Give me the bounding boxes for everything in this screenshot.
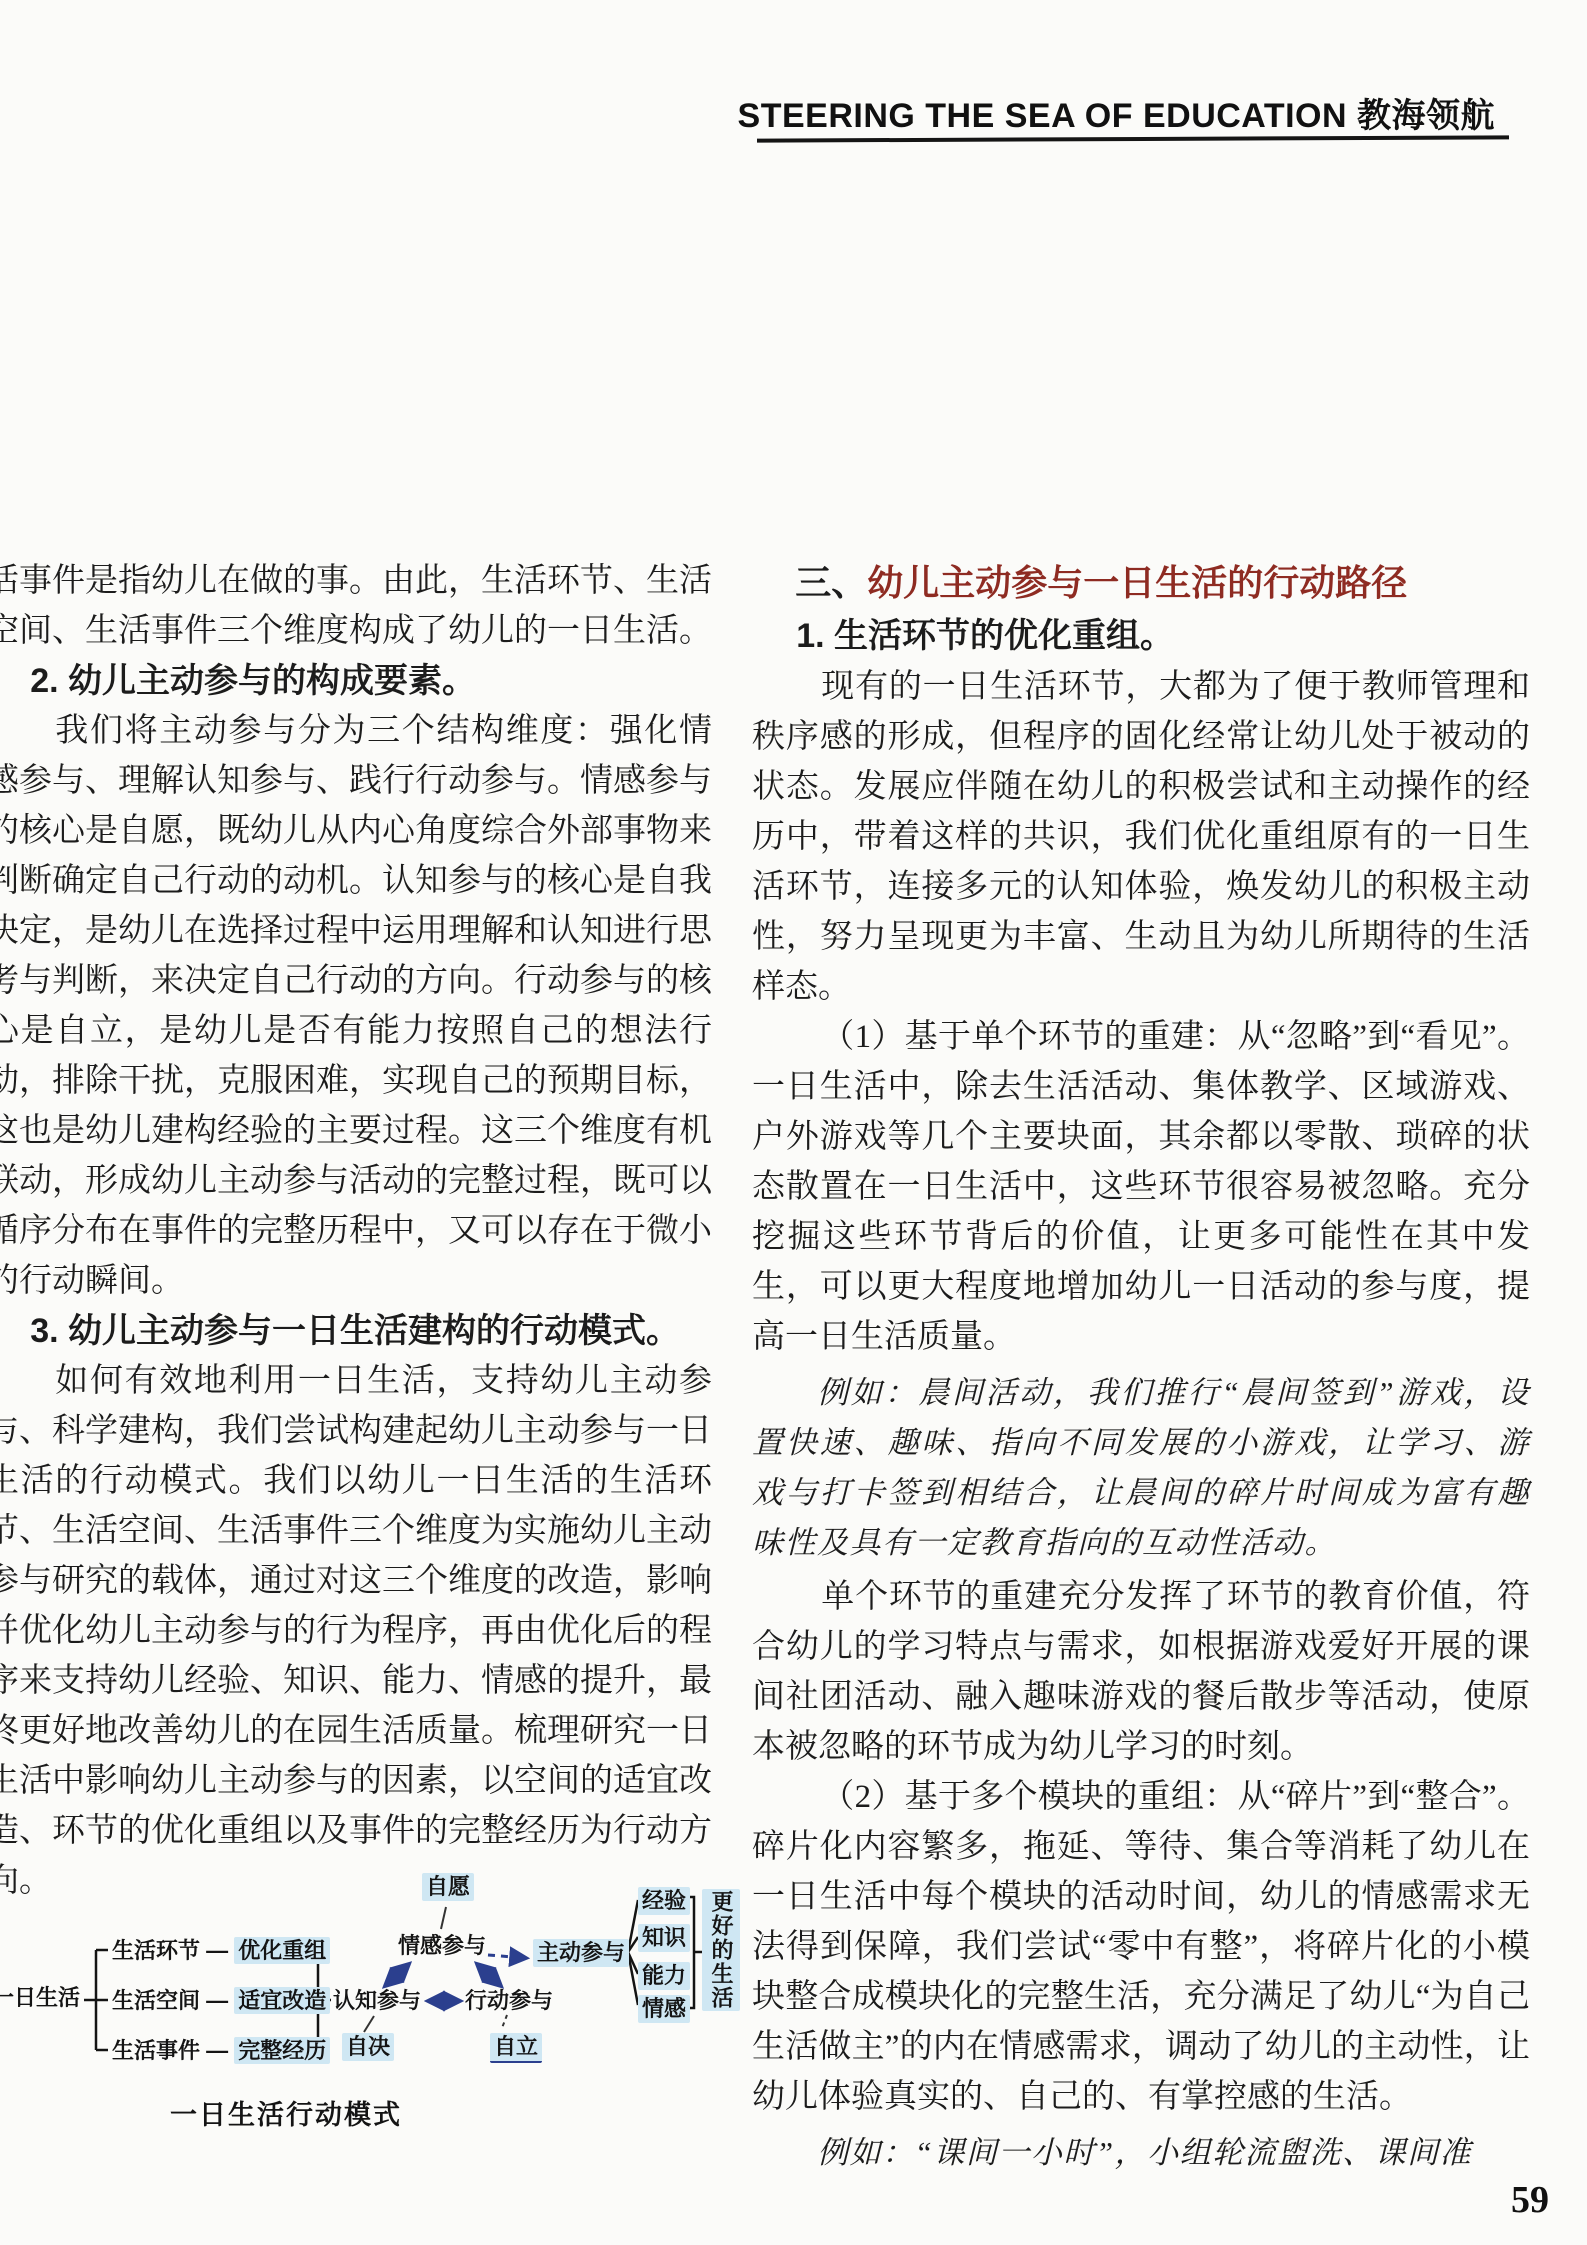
diagram-root-label: 一日生活 (0, 1985, 80, 2011)
diagram-row-1-action: 优化重组 (234, 1937, 330, 1964)
right-paragraph-1: 现有的一日生活环节，大都为了便于教师管理和秩序感的形成，但程序的固化经常让幼儿处… (752, 662, 1530, 1012)
diagram-outcome-knowledge: 知识 (638, 1924, 690, 1952)
diagram-row-3-action: 完整经历 (234, 2037, 330, 2064)
right-paragraph-4: （2）基于多个模块的重组：从“碎片”到“整合”。碎片化内容繁多，拖延、等待、集合… (752, 1772, 1530, 2122)
diagram-emotional-participation: 情感参与 (398, 1933, 486, 1959)
diagram-outcome-experience: 经验 (638, 1887, 690, 1915)
diagram-row-3-dash: — (206, 2038, 228, 2063)
page-header-title: STEERING THE SEA OF EDUCATION 教海领航 (738, 88, 1495, 137)
diagram-tag-voluntary: 自愿 (422, 1873, 474, 1901)
diagram-row-2-dimension: 生活空间 (112, 1988, 200, 2013)
diagram-tag-self-decision: 自决 (342, 2033, 394, 2061)
left-column: 活事件是指幼儿在做的事。由此，生活环节、生活空间、生活事件三个维度构成了幼儿的一… (0, 556, 712, 1906)
left-intro-paragraph: 活事件是指幼儿在做的事。由此，生活环节、生活空间、生活事件三个维度构成了幼儿的一… (0, 556, 712, 656)
diagram-cognitive-participation: 认知参与 (333, 1988, 421, 2014)
page-number: 59 (1511, 2178, 1549, 2222)
left-heading-2: 2. 幼儿主动参与的构成要素。 (0, 656, 712, 706)
right-subheading-1: 1. 生活环节的优化重组。 (752, 610, 1530, 662)
section-heading-title: 幼儿主动参与一日生活的行动路径 (867, 562, 1407, 603)
diagram-caption: 一日生活行动模式 (170, 2093, 402, 2132)
right-example-1: 例如：晨间活动，我们推行“晨间签到”游戏，设置快速、趣味、指向不同发展的小游戏，… (752, 1368, 1530, 1568)
diagram-hub-active-participation: 主动参与 (533, 1939, 629, 1967)
diagram-row-1-dimension: 生活环节 (112, 1938, 200, 1963)
diagram-row-1-dash: — (206, 1938, 228, 1963)
diagram-action-participation: 行动参与 (465, 1988, 553, 2014)
diagram-result-better-life: 更好的生活 (702, 1889, 740, 2011)
diagram-row-3: 生活事件 — 完整经历 (112, 2038, 330, 2064)
diagram-row-2-action: 适宜改造 (234, 1987, 330, 2014)
section-heading-number: 三、 (795, 562, 867, 603)
diagram-row-2: 生活空间 — 适宜改造 (112, 1988, 330, 2014)
diagram-row-3-dimension: 生活事件 (112, 2038, 200, 2063)
right-paragraph-3: 单个环节的重建充分发挥了环节的教育价值，符合幼儿的学习特点与需求，如根据游戏爱好… (752, 1572, 1530, 1772)
diagram-row-1: 生活环节 — 优化重组 (112, 1938, 330, 1964)
right-column: 三、幼儿主动参与一日生活的行动路径 1. 生活环节的优化重组。 现有的一日生活环… (752, 556, 1530, 2182)
diagram-tag-independence: 自立 (490, 2033, 542, 2063)
diagram-outcome-ability: 能力 (638, 1962, 690, 1990)
diagram-row-2-dash: — (206, 1988, 228, 2013)
left-paragraph-2: 我们将主动参与分为三个结构维度：强化情感参与、理解认知参与、践行行动参与。情感参… (0, 706, 712, 1306)
right-example-2: 例如：“课间一小时”，小组轮流盥洗、课间准 (752, 2128, 1530, 2178)
right-paragraph-2: （1）基于单个环节的重建：从“忽略”到“看见”。一日生活中，除去生活活动、集体教… (752, 1012, 1530, 1362)
diagram-outcome-emotion: 情感 (638, 1995, 690, 2023)
left-paragraph-3: 如何有效地利用一日生活，支持幼儿主动参与、科学建构，我们尝试构建起幼儿主动参与一… (0, 1356, 712, 1906)
section-heading: 三、幼儿主动参与一日生活的行动路径 (752, 556, 1530, 610)
left-heading-3: 3. 幼儿主动参与一日生活建构的行动模式。 (0, 1306, 712, 1356)
daily-life-action-model-diagram: 一日生活 生活环节 — 优化重组 生活空间 — 适宜改造 生活事件 — 完整经历… (0, 1855, 770, 2115)
magazine-page: STEERING THE SEA OF EDUCATION 教海领航 活事件是指… (0, 0, 1587, 2245)
